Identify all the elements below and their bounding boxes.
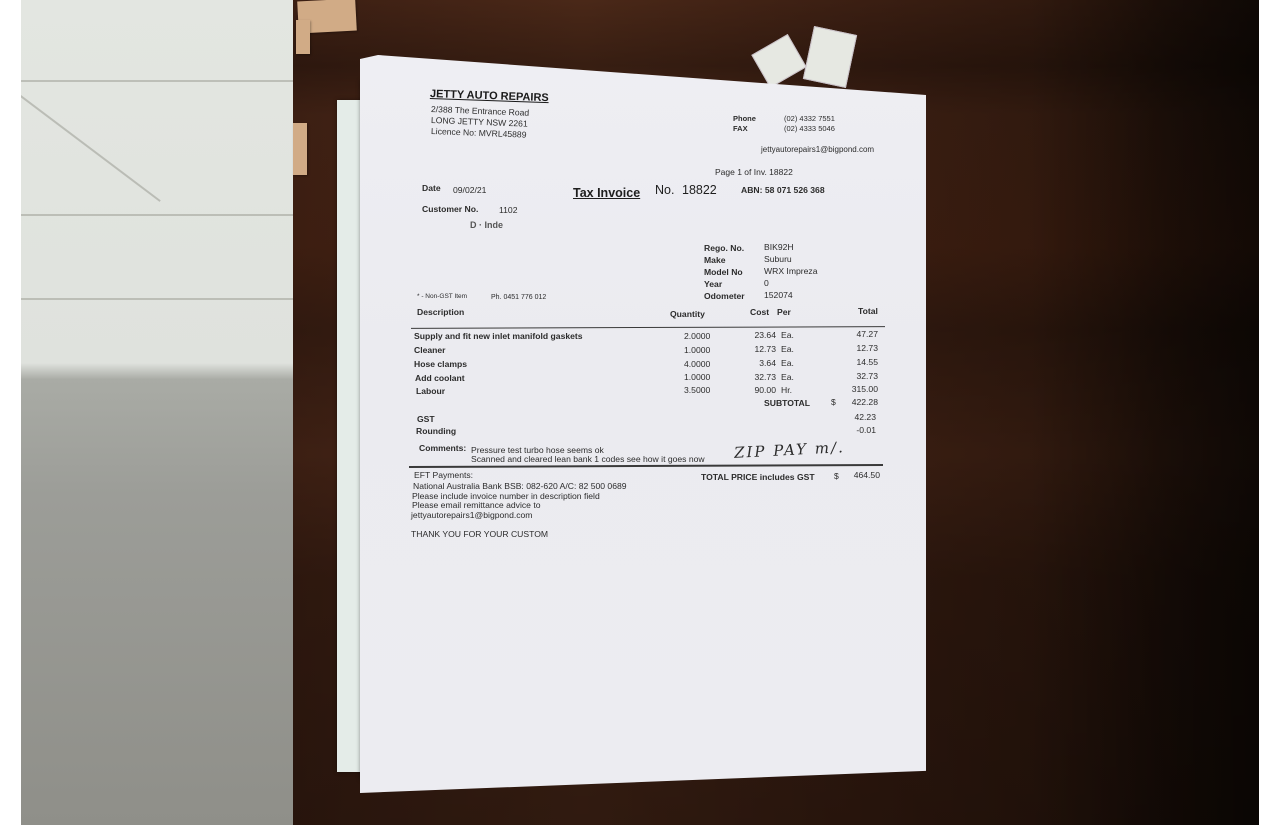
item-per: Ea.: [781, 344, 794, 354]
item-cost: 90.00: [740, 385, 776, 395]
fax-number: (02) 4333 5046: [784, 124, 835, 133]
item-description: Hose clamps: [414, 359, 467, 369]
item-quantity: 1.0000: [684, 372, 710, 382]
header-divider: [411, 326, 885, 329]
item-total: 32.73: [840, 371, 878, 381]
column-header-per: Per: [777, 307, 791, 317]
vehicle-value: BIK92H: [764, 242, 794, 252]
vehicle-label: Year: [704, 279, 722, 289]
item-total: 14.55: [840, 357, 878, 367]
company-email: jettyautorepairs1@bigpond.com: [761, 145, 874, 154]
item-description: Add coolant: [415, 373, 465, 383]
item-total: 12.73: [840, 343, 878, 353]
column-header-description: Description: [417, 307, 464, 317]
document-title: Tax Invoice: [573, 186, 640, 200]
item-per: Ea.: [781, 330, 794, 340]
total-divider: [409, 464, 883, 468]
date-label: Date: [422, 183, 441, 193]
item-total: 315.00: [836, 384, 878, 394]
handwritten-note: ZIP PAY m/.: [734, 438, 846, 462]
item-quantity: 1.0000: [684, 345, 710, 355]
customer-no: 1102: [499, 205, 517, 215]
payment-email: jettyautorepairs1@bigpond.com: [411, 510, 532, 520]
invoice-number: 18822: [682, 183, 717, 197]
item-description: Cleaner: [414, 345, 446, 355]
item-cost: 32.73: [740, 372, 776, 382]
item-per: Ea.: [781, 358, 794, 368]
vehicle-label: Odometer: [704, 291, 745, 301]
subtotal-value: 422.28: [840, 397, 878, 407]
phone-label: Phone: [733, 114, 756, 123]
comments-label: Comments:: [419, 443, 466, 453]
subtotal-label: SUBTOTAL: [764, 398, 810, 408]
vehicle-label: Rego. No.: [704, 243, 744, 253]
item-cost: 23.64: [740, 330, 776, 340]
non-gst-note: * - Non-GST Item: [417, 293, 467, 300]
customer-name-redacted: D · Inde: [470, 220, 503, 230]
gst-value: 42.23: [838, 412, 876, 422]
payment-line: Please email remittance advice to: [412, 500, 541, 510]
comment-line: Scanned and cleared lean bank 1 codes se…: [471, 454, 705, 464]
phone-number: (02) 4332 7551: [784, 114, 835, 123]
total-currency: $: [834, 471, 839, 481]
invoice-content: JETTY AUTO REPAIRS 2/388 The Entrance Ro…: [0, 0, 1280, 825]
vehicle-value: 152074: [764, 290, 793, 300]
rounding-label: Rounding: [416, 426, 456, 436]
column-header-quantity: Quantity: [670, 309, 705, 319]
item-quantity: 4.0000: [684, 359, 710, 369]
gst-label: GST: [417, 414, 435, 424]
abn: ABN: 58 071 526 368: [741, 185, 825, 195]
total-value: 464.50: [842, 470, 880, 480]
rounding-value: -0.01: [838, 425, 876, 435]
column-header-cost: Cost: [750, 307, 769, 317]
vehicle-value: 0: [764, 278, 769, 288]
column-header-total: Total: [858, 306, 878, 316]
vehicle-label: Make: [704, 255, 726, 265]
vehicle-value: Suburu: [764, 254, 792, 264]
item-quantity: 2.0000: [684, 331, 710, 341]
vehicle-value: WRX Impreza: [764, 266, 817, 276]
item-per: Ea.: [781, 372, 794, 382]
fax-label: FAX: [733, 124, 748, 133]
invoice-number-label: No.: [655, 183, 674, 197]
thank-you-note: THANK YOU FOR YOUR CUSTOM: [411, 529, 548, 539]
item-cost: 12.73: [740, 344, 776, 354]
payment-line: EFT Payments:: [414, 470, 473, 480]
payment-line: National Australia Bank BSB: 082-620 A/C…: [413, 481, 627, 491]
total-label: TOTAL PRICE includes GST: [701, 472, 815, 482]
item-total: 47.27: [840, 329, 878, 339]
company-name: JETTY AUTO REPAIRS: [430, 88, 549, 104]
customer-no-label: Customer No.: [422, 204, 478, 214]
item-quantity: 3.5000: [684, 385, 710, 395]
item-cost: 3.64: [740, 358, 776, 368]
vehicle-label: Model No: [704, 267, 743, 277]
item-description: Labour: [416, 386, 445, 396]
page-info: Page 1 of Inv. 18822: [715, 167, 793, 177]
item-description: Supply and fit new inlet manifold gasket…: [414, 331, 583, 341]
date-value: 09/02/21: [453, 185, 486, 195]
customer-phone: Ph. 0451 776 012: [491, 294, 546, 301]
subtotal-currency: $: [831, 397, 836, 407]
item-per: Hr.: [781, 385, 792, 395]
